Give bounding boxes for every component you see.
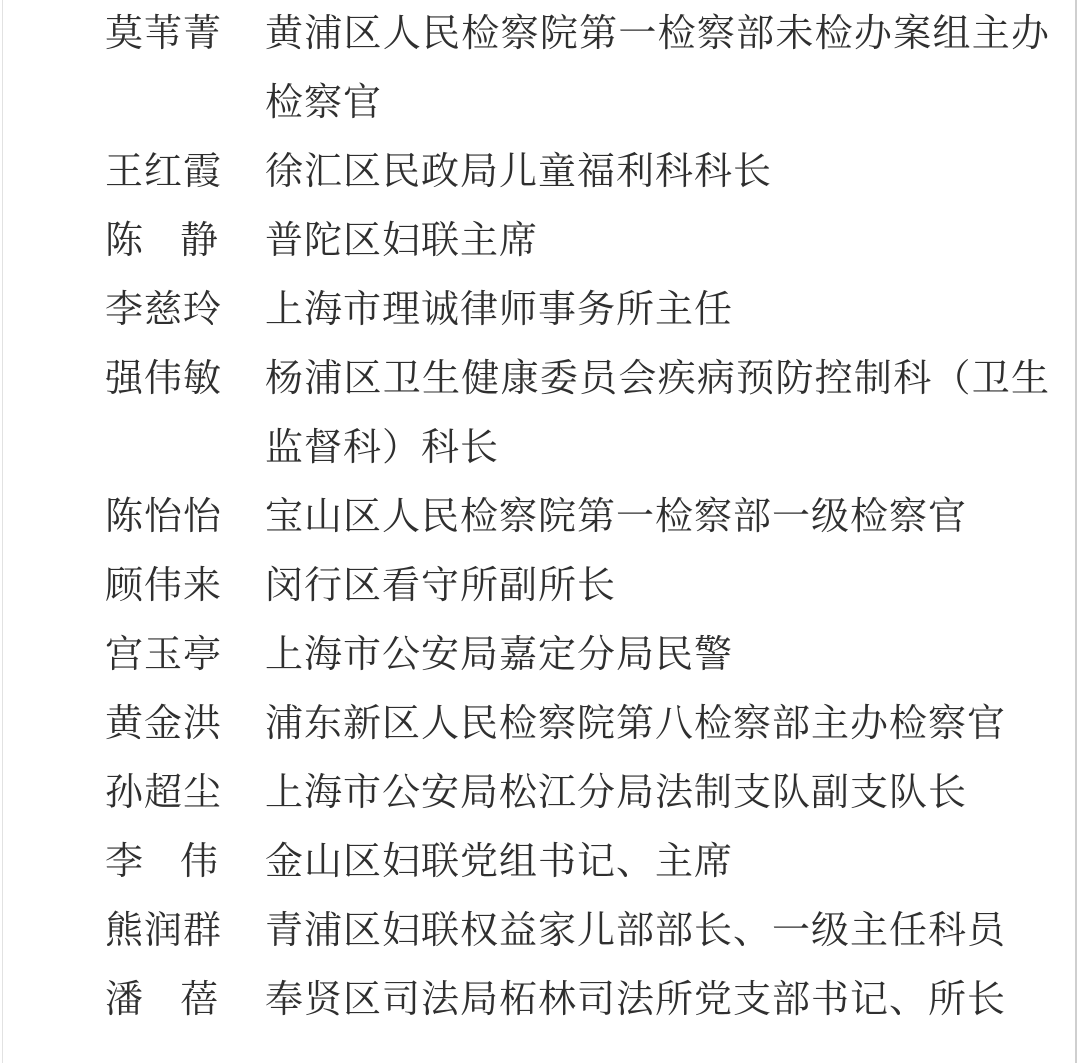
honoree-title: 浦东新区人民检察院第八检察部主办检察官 [265, 690, 1050, 759]
honoree-row: 陈静 普陀区妇联主席 [105, 207, 1050, 276]
honoree-name: 熊润群 [105, 897, 219, 966]
honoree-name: 莫苇菁 [105, 0, 219, 69]
honoree-name: 黄金洪 [105, 690, 219, 759]
honoree-title: 青浦区妇联权益家儿部部长、一级主任科员 [265, 897, 1050, 966]
honoree-row: 孙超尘 上海市公安局松江分局法制支队副支队长 [105, 759, 1050, 828]
honoree-row: 王红霞 徐汇区民政局儿童福利科科长 [105, 138, 1050, 207]
honoree-title: 上海市公安局松江分局法制支队副支队长 [265, 759, 1050, 828]
honoree-title: 普陀区妇联主席 [265, 207, 1050, 276]
honoree-row: 李慈玲 上海市理诚律师事务所主任 [105, 276, 1050, 345]
honoree-title: 宝山区人民检察院第一检察部一级检察官 [265, 483, 1050, 552]
honoree-title: 黄浦区人民检察院第一检察部未检办案组主办检察官 [265, 0, 1050, 138]
honoree-title: 奉贤区司法局柘林司法所党支部书记、所长 [265, 966, 1050, 1035]
honoree-row: 强伟敏 杨浦区卫生健康委员会疾病预防控制科（卫生监督科）科长 [105, 345, 1050, 483]
honoree-title: 徐汇区民政局儿童福利科科长 [265, 138, 1050, 207]
honoree-row: 顾伟来 闵行区看守所副所长 [105, 552, 1050, 621]
honoree-row: 陈怡怡 宝山区人民检察院第一检察部一级检察官 [105, 483, 1050, 552]
honoree-title: 上海市公安局嘉定分局民警 [265, 621, 1050, 690]
honoree-name: 强伟敏 [105, 345, 219, 414]
honoree-row: 黄金洪 浦东新区人民检察院第八检察部主办检察官 [105, 690, 1050, 759]
honoree-name: 李慈玲 [105, 276, 219, 345]
honoree-name: 陈怡怡 [105, 483, 219, 552]
honoree-row: 莫苇菁 黄浦区人民检察院第一检察部未检办案组主办检察官 [105, 0, 1050, 138]
honoree-row: 宫玉亭 上海市公安局嘉定分局民警 [105, 621, 1050, 690]
honoree-name: 潘蓓 [105, 966, 219, 1035]
honoree-title: 金山区妇联党组书记、主席 [265, 828, 1050, 897]
honoree-name: 宫玉亭 [105, 621, 219, 690]
honoree-row: 熊润群 青浦区妇联权益家儿部部长、一级主任科员 [105, 897, 1050, 966]
honoree-title: 上海市理诚律师事务所主任 [265, 276, 1050, 345]
document-page: 莫苇菁 黄浦区人民检察院第一检察部未检办案组主办检察官 王红霞 徐汇区民政局儿童… [0, 0, 1080, 1063]
honoree-name: 顾伟来 [105, 552, 219, 621]
honoree-name: 孙超尘 [105, 759, 219, 828]
honoree-name: 李伟 [105, 828, 219, 897]
honoree-name: 王红霞 [105, 138, 219, 207]
honoree-list: 莫苇菁 黄浦区人民检察院第一检察部未检办案组主办检察官 王红霞 徐汇区民政局儿童… [0, 0, 1080, 1035]
honoree-name: 陈静 [105, 207, 219, 276]
honoree-row: 潘蓓 奉贤区司法局柘林司法所党支部书记、所长 [105, 966, 1050, 1035]
honoree-row: 李伟 金山区妇联党组书记、主席 [105, 828, 1050, 897]
honoree-title: 闵行区看守所副所长 [265, 552, 1050, 621]
honoree-title: 杨浦区卫生健康委员会疾病预防控制科（卫生监督科）科长 [265, 345, 1050, 483]
